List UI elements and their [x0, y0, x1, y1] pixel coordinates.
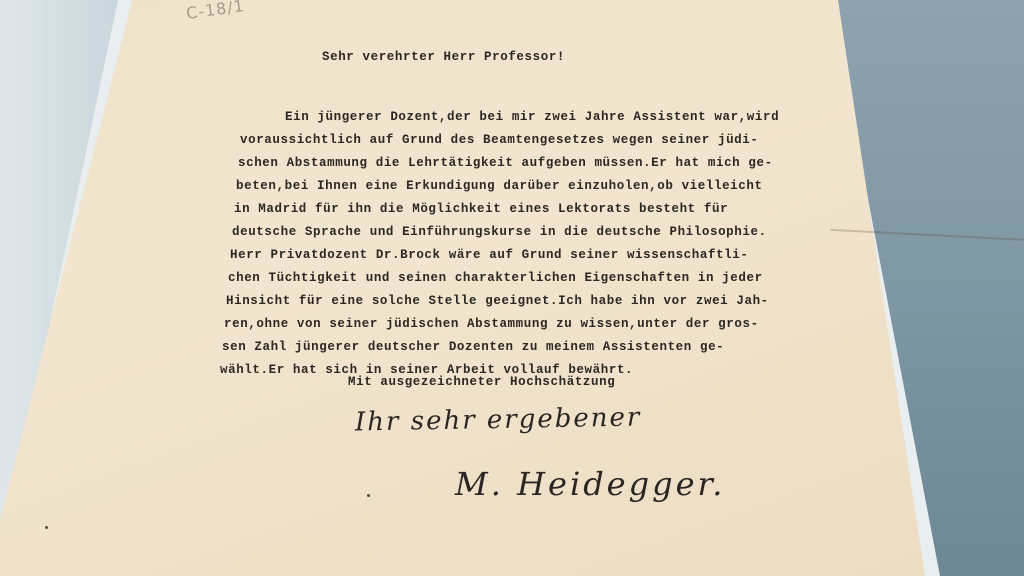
signature: M. Heidegger. [455, 465, 725, 503]
handwritten-closing: Ihr sehr ergebener [355, 403, 642, 438]
body-line: Herr Privatdozent Dr.Brock wäre auf Grun… [230, 248, 748, 262]
salutation: Sehr verehrter Herr Professor! [322, 50, 565, 64]
body-line: Hinsicht für eine solche Stelle geeignet… [226, 294, 769, 308]
body-line: Ein jüngerer Dozent,der bei mir zwei Jah… [285, 110, 779, 124]
body-line: chen Tüchtigkeit und seinen charakterlic… [228, 271, 763, 285]
body-line: deutsche Sprache und Einführungskurse in… [232, 225, 767, 239]
body-line: ren,ohne von seiner jüdischen Abstammung… [224, 317, 759, 331]
body-line: sen Zahl jüngerer deutscher Dozenten zu … [222, 340, 724, 354]
body-line: voraussichtlich auf Grund des Beamtenges… [240, 133, 758, 147]
closing-phrase: Mit ausgezeichneter Hochschätzung [348, 375, 615, 389]
body-line: beten,bei Ihnen eine Erkundigung darüber… [236, 179, 763, 193]
ink-dot [45, 526, 48, 529]
ink-dot [367, 494, 370, 497]
body-line: schen Abstammung die Lehrtätigkeit aufge… [238, 156, 773, 170]
body-line: in Madrid für ihn die Möglichkeit eines … [234, 202, 728, 216]
